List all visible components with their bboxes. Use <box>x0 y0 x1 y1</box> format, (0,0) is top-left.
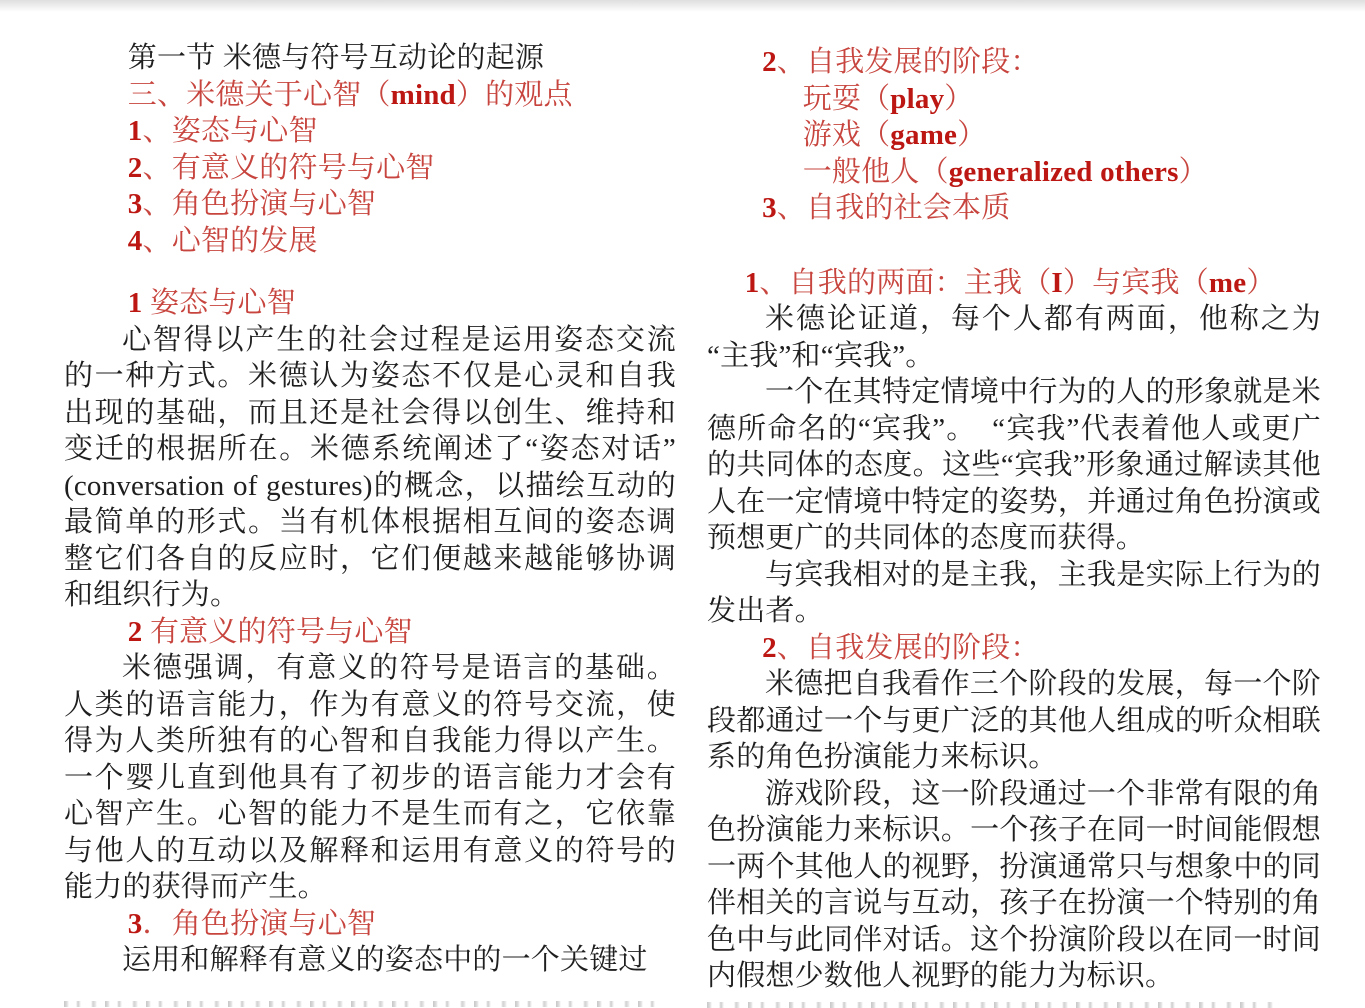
text-segment: ） <box>1246 267 1275 299</box>
text-line: 玩耍（play） <box>707 81 1321 118</box>
text-segment: 运用和解释有意义的姿态中的一个关键过 <box>122 944 648 976</box>
text-segment: 1 <box>128 287 143 319</box>
text-segment: 1 <box>745 267 760 299</box>
text-line: 2 有意义的符号与心智 <box>64 614 676 651</box>
text-line: 2、有意义的符号与心智 <box>64 150 676 187</box>
text-segment: ） <box>957 119 986 151</box>
text-segment: 4 <box>128 225 143 257</box>
text-segment: 、自我的社会本质 <box>777 192 1011 224</box>
paragraph: 运用和解释有意义的姿态中的一个关键过 <box>64 942 676 979</box>
text-segment: 2 <box>128 616 143 648</box>
text-segment: play <box>890 83 944 115</box>
paragraph: 米德强调，有意义的符号是语言的基础。人类的语言能力，作为有意义的符号交流，使得为… <box>64 650 676 906</box>
text-segment: ） <box>1179 156 1208 188</box>
cut-off-text-sliver-left <box>64 1001 656 1007</box>
text-segment: 玩耍（ <box>803 83 891 115</box>
text-segment: 、角色扮演与心智 <box>143 188 377 220</box>
text-line: 1、姿态与心智 <box>64 113 676 150</box>
text-segment: 、自我的两面：主我（ <box>759 267 1051 299</box>
text-line: 三、米德关于心智（mind）的观点 <box>64 77 676 114</box>
paragraph: 与宾我相对的是主我，主我是实际上行为的发出者。 <box>707 557 1321 630</box>
text-segment: 、自我发展的阶段： <box>777 632 1040 664</box>
text-segment: 2 <box>762 632 777 664</box>
text-line: 第一节 米德与符号互动论的起源 <box>64 40 676 77</box>
text-segment: ）与宾我（ <box>1063 267 1209 299</box>
text-segment: 第一节 米德与符号互动论的起源 <box>128 42 544 74</box>
text-segment: 3 <box>762 192 777 224</box>
text-segment: 一个在其特定情境中行为的人的形象就是米德所命名的“宾我”。 “宾我”代表着他人或… <box>707 376 1321 554</box>
text-segment: 姿态与心智 <box>143 287 296 319</box>
text-segment: 、心智的发展 <box>143 225 318 257</box>
text-line: 游戏（game） <box>707 117 1321 154</box>
text-segment: 2 <box>762 46 777 78</box>
text-segment: 心智得以产生的社会过程是运用姿态交流的一种方式。米德认为姿态不仅是心灵和自我出现… <box>64 324 676 612</box>
column-right: 2、自我发展的阶段：玩耍（play）游戏（game）一般他人（generaliz… <box>707 44 1321 995</box>
document-page: 第一节 米德与符号互动论的起源三、米德关于心智（mind）的观点1、姿态与心智2… <box>0 0 1365 1008</box>
text-line: 1、自我的两面：主我（I）与宾我（me） <box>707 265 1321 302</box>
text-segment: me <box>1209 267 1246 299</box>
paragraph: 心智得以产生的社会过程是运用姿态交流的一种方式。米德认为姿态不仅是心灵和自我出现… <box>64 322 676 614</box>
text-segment: mind <box>391 79 456 111</box>
text-segment: 2 <box>128 152 143 184</box>
text-segment: 与宾我相对的是主我，主我是实际上行为的发出者。 <box>707 559 1321 628</box>
text-line: 3、角色扮演与心智 <box>64 186 676 223</box>
text-line: 3．角色扮演与心智 <box>64 906 676 943</box>
text-segment: 米德论证道，每个人都有两面，他称之为“主我”和“宾我”。 <box>707 303 1321 372</box>
text-segment: 3 <box>128 188 143 220</box>
top-edge-fade <box>0 0 1365 12</box>
text-line: 3、自我的社会本质 <box>707 190 1321 227</box>
paragraph: 游戏阶段，这一阶段通过一个非常有限的角色扮演能力来标识。一个孩子在同一时间能假想… <box>707 776 1321 995</box>
text-segment: generalized others <box>949 156 1179 188</box>
text-segment: ）的观点 <box>456 79 573 111</box>
text-segment: 米德强调，有意义的符号是语言的基础。人类的语言能力，作为有意义的符号交流，使得为… <box>64 652 676 903</box>
paragraph: 米德论证道，每个人都有两面，他称之为“主我”和“宾我”。 <box>707 301 1321 374</box>
text-segment: 3 <box>128 908 143 940</box>
text-segment: 游戏（ <box>803 119 891 151</box>
paragraph: 米德把自我看作三个阶段的发展，每一个阶段都通过一个与更广泛的其他人组成的听众相联… <box>707 666 1321 776</box>
text-segment: I <box>1051 267 1063 299</box>
text-segment: 米德把自我看作三个阶段的发展，每一个阶段都通过一个与更广泛的其他人组成的听众相联… <box>707 668 1321 773</box>
text-segment: game <box>890 119 957 151</box>
text-segment: 、姿态与心智 <box>143 115 318 147</box>
text-segment: 有意义的符号与心智 <box>143 616 413 648</box>
text-line: 1 姿态与心智 <box>64 285 676 322</box>
text-segment: 三、米德关于心智（ <box>128 79 391 111</box>
text-segment: ．角色扮演与心智 <box>143 908 377 940</box>
text-line: 2、自我发展的阶段： <box>707 630 1321 667</box>
text-line: 4、心智的发展 <box>64 223 676 260</box>
text-line: 2、自我发展的阶段： <box>707 44 1321 81</box>
text-segment: 一般他人（ <box>803 156 949 188</box>
paragraph: 一个在其特定情境中行为的人的形象就是米德所命名的“宾我”。 “宾我”代表着他人或… <box>707 374 1321 557</box>
text-segment: 1 <box>128 115 143 147</box>
text-line: 一般他人（generalized others） <box>707 154 1321 191</box>
spacer <box>64 259 676 285</box>
text-segment: 游戏阶段，这一阶段通过一个非常有限的角色扮演能力来标识。一个孩子在同一时间能假想… <box>707 778 1321 993</box>
text-segment: ） <box>944 83 973 115</box>
cut-off-text-sliver-right <box>707 1002 1273 1008</box>
text-segment: 、有意义的符号与心智 <box>143 152 435 184</box>
text-segment: 、自我发展的阶段： <box>777 46 1040 78</box>
column-left: 第一节 米德与符号互动论的起源三、米德关于心智（mind）的观点1、姿态与心智2… <box>64 40 676 979</box>
spacer <box>707 227 1321 265</box>
